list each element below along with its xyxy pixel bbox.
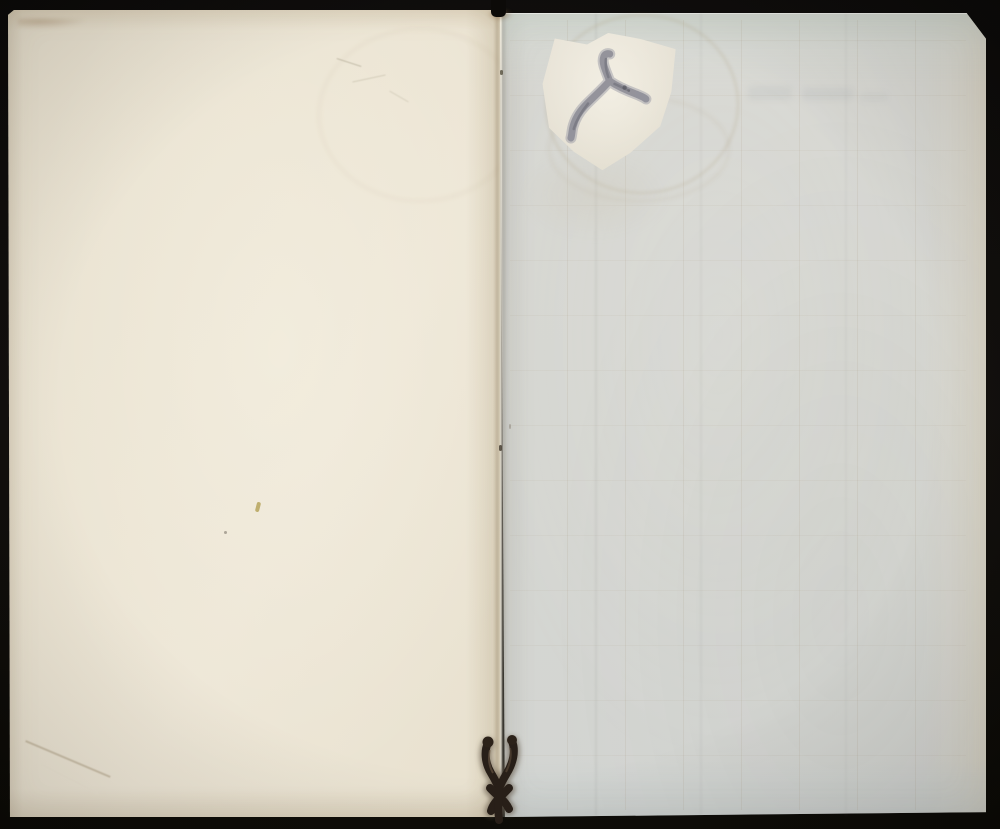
ghost-text-smudge [860,92,888,102]
ghost-text-smudge [802,88,854,100]
spine-top-shadow [491,0,506,17]
paper-speck [224,531,227,534]
paper-speck [509,424,511,429]
gutter-fold [493,10,507,817]
faint-stain-ring-left [318,28,522,202]
paper-speck [499,445,502,451]
ghost-text-smudge [748,86,792,100]
paper-speck [500,70,503,75]
corner-discoloration [18,19,88,29]
book-scan: 人 [0,0,1000,829]
binding-knot [455,728,545,824]
tissue-streak [845,13,847,816]
